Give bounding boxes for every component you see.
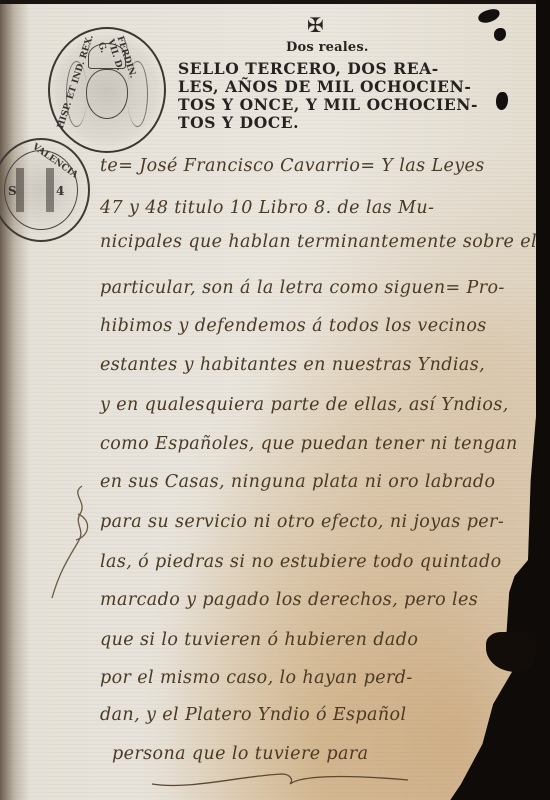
page-top-edge — [0, 0, 550, 4]
manuscript-line: marcado y pagado los derechos, pero les — [100, 590, 478, 610]
closing-flourish-icon — [150, 766, 410, 792]
cross-emblem-icon: ✠ — [307, 13, 324, 37]
pillar-icon — [46, 168, 54, 212]
manuscript-line: que si lo tuvieren ó hubieren dado — [100, 630, 418, 650]
seal-text-line: les, años de mil ochocien- — [178, 78, 508, 96]
manuscript-line: persona que lo tuviere para — [112, 744, 368, 764]
manuscript-line: dan, y el Platero Yndio ó Español — [100, 705, 406, 725]
seal-mark: S — [8, 184, 17, 198]
manuscript-line: las, ó piedras si no estubiere todo quin… — [100, 552, 502, 572]
royal-seal: FERDIN. VII. D. G. HISP. ET IND. REX. — [48, 27, 166, 153]
seal-text-line: Sello tercero, dos rea- — [178, 60, 508, 78]
pillar-icon — [16, 168, 24, 212]
manuscript-line: como Españoles, que puedan tener ni teng… — [100, 434, 518, 454]
manuscript-line: nicipales que hablan terminantemente sob… — [100, 232, 537, 252]
manuscript-line: por el mismo caso, lo hayan perd- — [100, 668, 413, 688]
manuscript-line: y en qualesquiera parte de ellas, así Yn… — [100, 395, 509, 415]
seal-mark: 4 — [56, 184, 64, 198]
manuscript-line: 47 y 48 titulo 10 Libro 8. de las Mu- — [100, 198, 434, 218]
seal-text-line: tos y once, y mil ochocien- — [178, 96, 508, 114]
denomination-label: Dos reales. — [286, 40, 369, 55]
manuscript-line: estantes y habitantes en nuestras Yndias… — [100, 355, 485, 375]
page-right-edge — [536, 0, 550, 800]
margin-flourish-icon — [30, 480, 100, 620]
manuscript-line: hibimos y defendemos á todos los vecinos — [100, 316, 487, 336]
manuscript-line: para su servicio ni otro efecto, ni joya… — [100, 512, 504, 532]
manuscript-line: en sus Casas, ninguna plata ni oro labra… — [100, 472, 495, 492]
seal-text-line: tos y doce. — [178, 114, 508, 132]
manuscript-line: te= José Francisco Cavarrio= Y las Leyes — [100, 156, 485, 176]
manuscript-line: particular, son á la letra como siguen= … — [100, 278, 505, 298]
sello-tercero-text: Sello tercero, dos rea- les, años de mil… — [178, 60, 508, 132]
